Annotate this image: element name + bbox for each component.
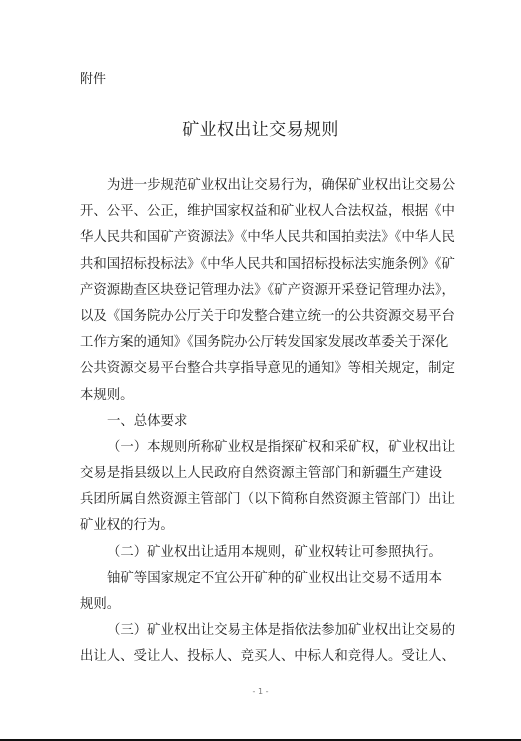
document-page: 附件 矿业权出让交易规则 为进一步规范矿业权出让交易行为，确保矿业权出让交易公开… (0, 0, 521, 739)
body-line: 本规则。 (80, 383, 442, 409)
body-line: 兵团所属自然资源主管部门（以下简称自然资源主管部门）出让 (80, 487, 442, 513)
body-line: （三）矿业权出让交易主体是指依法参加矿业权出让交易的 (80, 618, 442, 644)
body-line: 华人民共和国矿产资源法》《中华人民共和国拍卖法》《中华人民 (80, 225, 442, 251)
body-line: 产资源勘查区块登记管理办法》《矿产资源开采登记管理办法》， (80, 278, 442, 304)
body-line: 出让人、受让人、投标人、竞买人、中标人和竞得人。受让人、 (80, 644, 442, 670)
document-body: 为进一步规范矿业权出让交易行为，确保矿业权出让交易公开、公平、公正，维护国家权益… (80, 173, 442, 671)
body-line: 为进一步规范矿业权出让交易行为，确保矿业权出让交易公 (80, 173, 442, 199)
document-title: 矿业权出让交易规则 (0, 119, 521, 141)
body-line: 铀矿等国家规定不宜公开矿种的矿业权出让交易不适用本 (80, 566, 442, 592)
body-line: 工作方案的通知》《国务院办公厅转发国家发展改革委关于深化 (80, 330, 442, 356)
page-number: - 1 - (0, 686, 521, 698)
body-line: 一、总体要求 (80, 409, 442, 435)
body-line: 矿业权的行为。 (80, 513, 442, 539)
body-line: 以及《国务院办公厅关于印发整合建立统一的公共资源交易平台 (80, 304, 442, 330)
body-line: 公共资源交易平台整合共享指导意见的通知》等相关规定，制定 (80, 356, 442, 382)
body-line: 共和国招标投标法》《中华人民共和国招标投标法实施条例》《矿 (80, 252, 442, 278)
body-line: 规则。 (80, 592, 442, 618)
body-line: （一）本规则所称矿业权是指探矿权和采矿权，矿业权出让 (80, 435, 442, 461)
body-line: 交易是指县级以上人民政府自然资源主管部门和新疆生产建设 (80, 461, 442, 487)
body-line: （二）矿业权出让适用本规则，矿业权转让可参照执行。 (80, 540, 442, 566)
body-line: 开、公平、公正，维护国家权益和矿业权人合法权益，根据《中 (80, 199, 442, 225)
attachment-label: 附件 (80, 71, 106, 89)
